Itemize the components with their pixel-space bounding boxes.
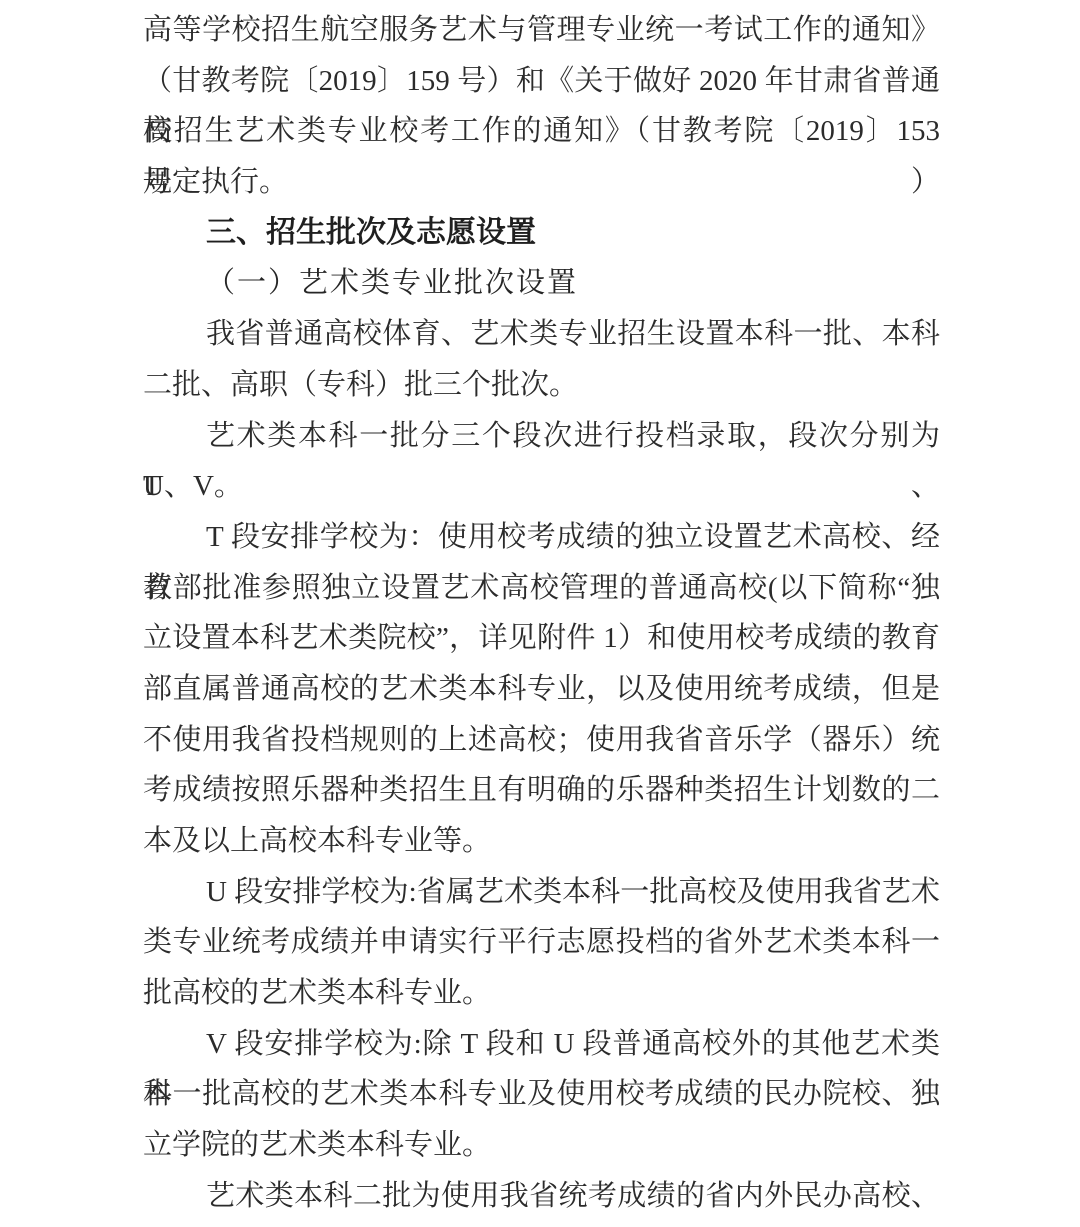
doc-line: 部直属普通高校的艺术类本科专业，以及使用统考成绩，但是 (143, 664, 940, 715)
doc-line: 立设置本科艺术类院校”，详见附件 1）和使用校考成绩的教育 (143, 613, 940, 664)
doc-line: 艺术类本科二批为使用我省统考成绩的省内外民办高校、 (143, 1171, 940, 1222)
document-text-block: 高等学校招生航空服务艺术与管理专业统一考试工作的通知》 （甘教考院〔2019〕1… (143, 5, 940, 1222)
subsection-heading: （一）艺术类专业批次设置 (143, 258, 940, 309)
doc-line: （甘教考院〔2019〕159 号）和《关于做好 2020 年甘肃省普通高 (143, 56, 940, 107)
doc-line: 批高校的艺术类本科专业。 (143, 968, 940, 1019)
doc-line: 科一批高校的艺术类本科专业及使用校考成绩的民办院校、独 (143, 1069, 940, 1120)
doc-line: 我省普通高校体育、艺术类专业招生设置本科一批、本科 (143, 309, 940, 360)
section-heading: 三、招生批次及志愿设置 (143, 208, 940, 259)
doc-line: 高等学校招生航空服务艺术与管理专业统一考试工作的通知》 (143, 5, 940, 56)
doc-line: T 段安排学校为：使用校考成绩的独立设置艺术高校、经教 (143, 512, 940, 563)
doc-line: V 段安排学校为:除 T 段和 U 段普通高校外的其他艺术类本 (143, 1019, 940, 1070)
doc-line: 立学院的艺术类本科专业。 (143, 1120, 940, 1171)
doc-line: U 段安排学校为:省属艺术类本科一批高校及使用我省艺术 (143, 867, 940, 918)
doc-line: 艺术类本科一批分三个段次进行投档录取，段次分别为 T、 (143, 411, 940, 462)
doc-line: 本及以上高校本科专业等。 (143, 816, 940, 867)
doc-line: 考成绩按照乐器种类招生且有明确的乐器种类招生计划数的二 (143, 765, 940, 816)
doc-line: 校招生艺术类专业校考工作的通知》（甘教考院〔2019〕153 号） (143, 106, 940, 157)
doc-line: 育部批准参照独立设置艺术高校管理的普通高校(以下简称“独 (143, 563, 940, 614)
document-page: 高等学校招生航空服务艺术与管理专业统一考试工作的通知》 （甘教考院〔2019〕1… (0, 0, 1080, 1227)
doc-line: 不使用我省投档规则的上述高校；使用我省音乐学（器乐）统 (143, 715, 940, 766)
doc-line: 二批、高职（专科）批三个批次。 (143, 360, 940, 411)
doc-line: 类专业统考成绩并申请实行平行志愿投档的省外艺术类本科一 (143, 917, 940, 968)
